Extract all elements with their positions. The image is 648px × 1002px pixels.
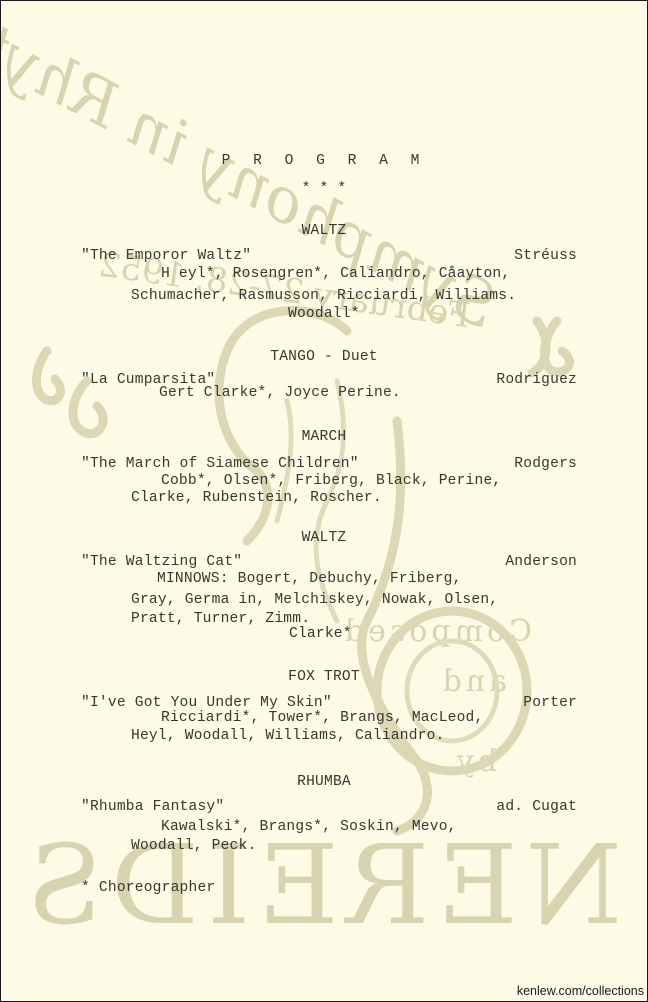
- composer: Porter: [523, 695, 577, 711]
- dance-heading: WALTZ: [1, 530, 647, 546]
- performers-line: MINNOWS: Bogert, Debuchy, Friberg,: [157, 571, 462, 587]
- title-ornament: * * *: [1, 181, 647, 197]
- dance-heading: RHUMBA: [1, 774, 647, 790]
- dance-heading: WALTZ: [1, 223, 647, 239]
- piece-title: "I've Got You Under My Skin": [81, 695, 332, 711]
- program-title: P R O G R A M: [1, 153, 647, 169]
- dance-heading: FOX TROT: [1, 669, 647, 685]
- program-page: Symphony in Rhythm February 27-28, 1952 …: [0, 0, 648, 1002]
- composer: Rodgers: [514, 456, 577, 472]
- performers-line: Woodall*: [288, 306, 360, 322]
- watermark: kenlew.com/collections: [515, 984, 646, 998]
- performers-line: Clarke, Rubenstein, Roscher.: [131, 490, 382, 506]
- composer: Stréuss: [514, 248, 577, 264]
- performers-line: Gert Clarke*, Joyce Perine.: [159, 385, 401, 401]
- piece-title: "The Emporor Waltz": [81, 248, 251, 264]
- performers-line: H eyl*, Rosengren*, Caliandro, Cåayton,: [161, 266, 510, 282]
- composer: Rodriguez: [496, 372, 577, 388]
- footnote: * Choreographer: [81, 880, 215, 896]
- bleed-credit-composed: Composed: [341, 614, 532, 649]
- dance-heading: MARCH: [1, 429, 647, 445]
- piece-title: "The March of Siamese Children": [81, 456, 359, 472]
- performers-line: Gray, Germa in, Melchiskey, Nowak, Olsen…: [131, 592, 498, 608]
- performers-line: Cobb*, Olsen*, Friberg, Black, Perine,: [161, 473, 501, 489]
- performers-line: Schumacher, Rasmusson, Ricciardi, Willia…: [131, 288, 516, 304]
- performers-line: Kawalski*, Brangs*, Soskin, Mevo,: [161, 819, 457, 835]
- performers-line: Clarke*: [289, 626, 352, 642]
- composer: ad. Cugat: [496, 799, 577, 815]
- piece-title: "The Waltzing Cat": [81, 554, 242, 570]
- performers-line: Woodall, Peck.: [131, 838, 256, 854]
- piece-title: "Rhumba Fantasy": [81, 799, 224, 815]
- performers-line: Pratt, Turner, Zimm.: [131, 611, 310, 627]
- performers-line: Heyl, Woodall, Williams, Caliandro.: [131, 728, 445, 744]
- composer: Anderson: [505, 554, 577, 570]
- performers-line: Ricciardi*, Tower*, Brangs, MacLeod,: [161, 710, 483, 726]
- dance-heading: TANGO - Duet: [1, 349, 647, 365]
